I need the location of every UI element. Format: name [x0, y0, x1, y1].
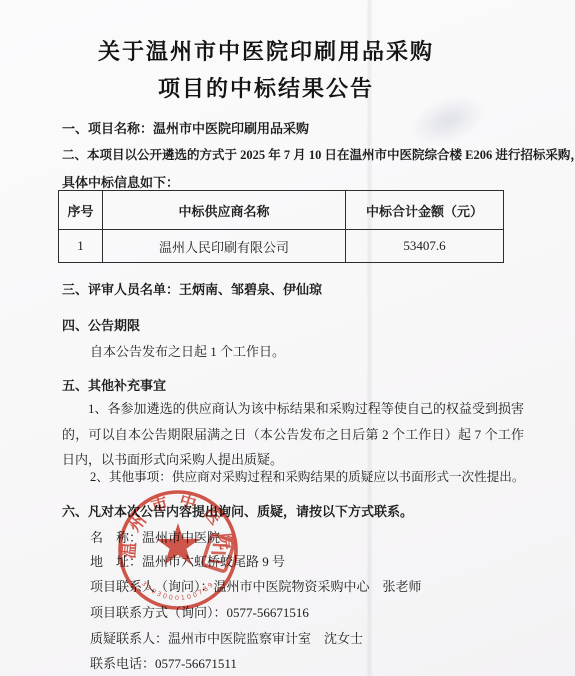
title-line-2: 项目的中标结果公告	[158, 76, 374, 101]
contact-challenge-person-line: 质疑联系人：温州市中医院监察审计室 沈女士	[90, 630, 363, 647]
title-line-1: 关于温州市中医院印刷用品采购	[98, 39, 434, 64]
bid-result-table: 序号 中标供应商名称 中标合计金额（元） 1 温州人民印刷有限公司 53407.…	[58, 190, 504, 263]
section-4-body: 自本公告发布之日起 1 个工作日。	[90, 343, 285, 360]
section-3-review-panel: 三、评审人员名单：王炳南、邹碧泉、伊仙琼	[62, 281, 322, 298]
cell-amount: 53407.6	[346, 230, 504, 263]
seal-star-icon	[156, 523, 200, 565]
section-2-lead-in: 具体中标信息如下：	[62, 174, 179, 191]
section-2-procurement-method: 二、本项目以公开遴选的方式于 2025 年 7 月 10 日在温州市中医院综合楼…	[62, 147, 575, 164]
contact-phone-line: 联系电话：0577-56671511	[90, 655, 237, 672]
table-row: 1 温州人民印刷有限公司 53407.6	[59, 230, 504, 263]
page-title: 关于温州市中医院印刷用品采购项目的中标结果公告	[0, 33, 532, 107]
table-header-row: 序号 中标供应商名称 中标合计金额（元）	[59, 191, 504, 230]
section-5-heading: 五、其他补充事宜	[62, 377, 166, 394]
seal-serial-number: 3303000100789	[140, 580, 217, 602]
header-seq: 序号	[59, 191, 103, 230]
scanned-announcement-page: 关于温州市中医院印刷用品采购项目的中标结果公告 一、项目名称：温州市中医院印刷用…	[0, 0, 575, 676]
section-1-project-name: 一、项目名称：温州市中医院印刷用品采购	[62, 120, 309, 137]
section-4-heading: 四、公告期限	[62, 317, 140, 334]
header-amount: 中标合计金额（元）	[346, 191, 504, 230]
header-supplier: 中标供应商名称	[103, 191, 346, 230]
cell-seq: 1	[59, 230, 103, 263]
cell-supplier: 温州人民印刷有限公司	[103, 230, 346, 263]
section-5-paragraph-1: 1、各参加遴选的供应商认为该中标结果和采购过程等使自己的权益受到损害的，可以自本…	[62, 396, 524, 473]
official-seal-stamp: 温州市中医院 3303000100789	[112, 484, 244, 616]
